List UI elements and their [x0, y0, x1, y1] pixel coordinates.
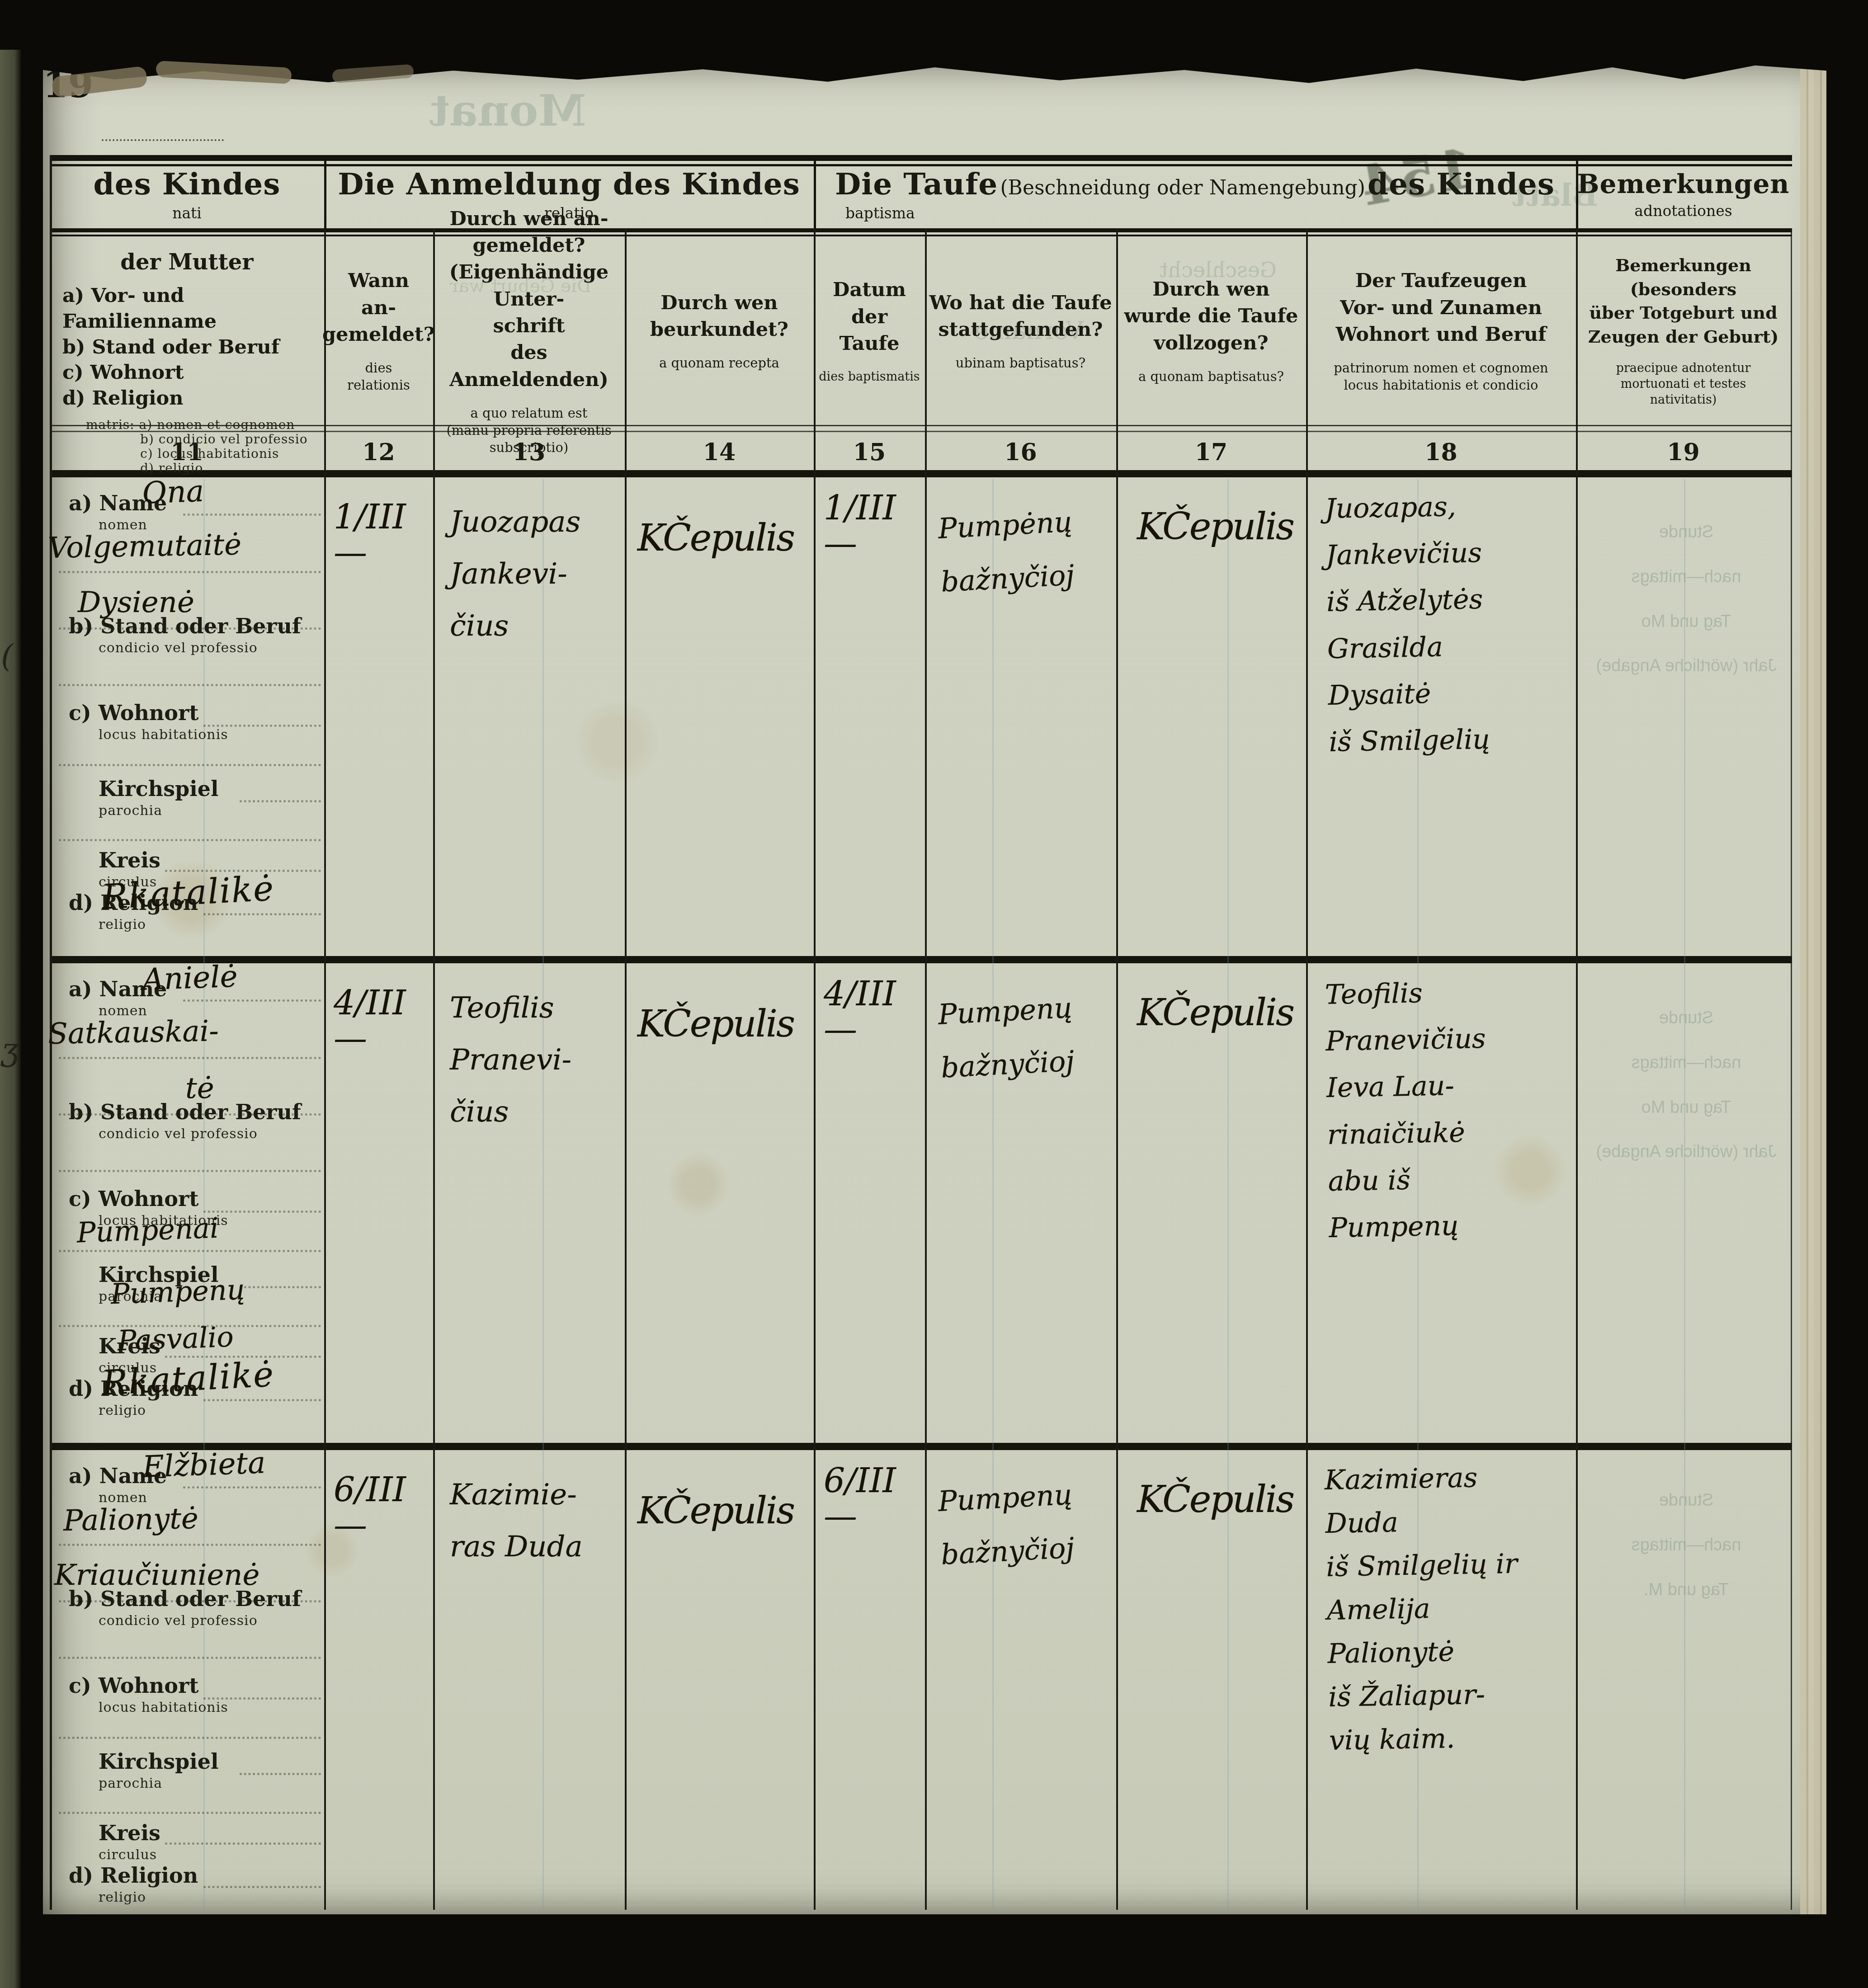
- group-header-bemerkungen: Bemerkungen adnotationes: [1576, 160, 1791, 228]
- entry-mother-kirchspiel: Pumpenų: [110, 1273, 245, 1310]
- dotted-rule: [59, 1657, 321, 1659]
- entry-witnesses: KazimierasDudaiš Smilgelių irAmelijaPali…: [1324, 1454, 1587, 1762]
- group-header-taufe: Die Taufe (Beschneidung oder Namengebung…: [814, 160, 1576, 228]
- facing-page-edge: ( ʒ: [0, 50, 21, 1988]
- entry-mother-name: Kriaučiunienė: [54, 1559, 259, 1592]
- field-label-stand: b) Stand oder Beruf: [69, 1100, 301, 1124]
- dotted-rule: [240, 800, 321, 802]
- entry-report-date: 1/III—: [334, 500, 435, 570]
- field-label-kirchspiel: Kirchspiel: [99, 777, 218, 801]
- column-header-wo-taufe: Wo hat die Taufestattgefunden? ubinam ba…: [925, 236, 1116, 426]
- entry-reporter: JuozapasJankevi-čius: [450, 496, 637, 653]
- entry-reporter: Kazimie-ras Duda: [450, 1469, 637, 1573]
- field-label-religio: religio: [99, 1403, 146, 1418]
- dotted-rule: [203, 1399, 321, 1401]
- column-number-14: 14: [625, 435, 814, 469]
- field-label-locus: locus habitationis: [99, 1700, 228, 1715]
- record-row: a) Name nomen b) Stand oder Beruf condic…: [50, 478, 1792, 956]
- column-number-15: 15: [814, 435, 925, 469]
- bleedthrough-remarks: Stundenach—mittagsTag und MoJahr (wörtli…: [1589, 996, 1783, 1174]
- register-page: Monat Blatt 154 Die Geburt war Vorname G…: [43, 63, 1826, 1914]
- entry-reporter: TeofilisPranevi-čius: [450, 982, 637, 1139]
- column-header-taufzeugen: Der TaufzeugenVor- und ZunamenWohnort un…: [1306, 236, 1576, 426]
- entry-mother-name: Dysienė: [78, 586, 194, 619]
- entry-mother-name: Volgemutaitė: [47, 526, 355, 565]
- field-label-parochia: parochia: [99, 803, 162, 819]
- dotted-rule: [203, 1886, 321, 1888]
- column-number-12: 12: [324, 435, 433, 469]
- page-stack-edge: [1800, 63, 1826, 1914]
- entry-mother-name: Elžbieta: [142, 1445, 266, 1484]
- dotted-rule: [183, 999, 321, 1002]
- rule: [50, 228, 1792, 232]
- field-label-locus: locus habitationis: [99, 727, 228, 743]
- entry-baptism-place: Pumpenųbažnyčioj: [937, 1465, 1130, 1581]
- field-label-circulus: circulus: [99, 1847, 157, 1863]
- dotted-rule: [240, 1286, 321, 1288]
- column-header-bemerkungen: Bemerkungen(besondersüber Totgeburt undZ…: [1576, 236, 1791, 426]
- field-label-condicio: condicio vel professio: [99, 640, 258, 656]
- record-row: a) Name nomen b) Stand oder Beruf condic…: [50, 964, 1792, 1443]
- entry-mother-name: tė: [185, 1072, 214, 1105]
- dotted-rule: [59, 764, 321, 766]
- dotted-rule: [59, 1600, 321, 1602]
- bleedthrough-remarks: Stundenach—mittagsTag und MoJahr (wörtli…: [1589, 510, 1783, 688]
- dotted-rule: [240, 1773, 321, 1775]
- field-label-wohnort: c) Wohnort: [69, 1673, 198, 1698]
- column-header-wann-angemeldet: Wannan-gemeldet? diesrelationis: [324, 236, 433, 426]
- dotted-rule: [165, 1842, 321, 1845]
- column-header-datum-der-taufe: DatumderTaufe dies baptismatis: [814, 236, 925, 426]
- column-header-durch-wen-vollzogen: Durch wenwurde die Taufevollzogen? a quo…: [1116, 236, 1306, 426]
- dotted-rule: [59, 1113, 321, 1116]
- field-label-condicio: condicio vel professio: [99, 1613, 258, 1629]
- scanned-register-page: { "colors":{"paper":"#cfd2c1","print_ink…: [0, 0, 1868, 1988]
- entry-baptism-place: Pumpėnųbažnyčioj: [937, 492, 1130, 608]
- dotted-rule: [59, 1057, 321, 1059]
- dotted-rule: [59, 1737, 321, 1739]
- entry-mother-name: Anielė: [142, 959, 238, 997]
- column-number-19: 19: [1576, 435, 1791, 469]
- entry-mother-religion: Rkatalikė: [101, 868, 275, 917]
- group-header-child: des Kindes nati: [50, 160, 324, 228]
- field-label-condicio: condicio vel professio: [99, 1126, 258, 1142]
- dotted-rule: [59, 1170, 321, 1172]
- field-label-kreis: Kreis: [99, 1821, 160, 1845]
- entry-report-date: 6/III—: [334, 1473, 435, 1543]
- entry-recorder-signature: KČepulis: [637, 517, 794, 560]
- dotted-rule: [203, 1697, 321, 1700]
- entry-mother-name: Palionytė: [63, 1499, 371, 1538]
- field-label-wohnort: c) Wohnort: [69, 701, 198, 725]
- column-number-11: 11: [50, 435, 324, 469]
- column-header-mutter: der Mutter a) Vor- und Familiennameb) St…: [50, 236, 324, 426]
- entry-mother-name: Satkauskai-: [47, 1012, 355, 1051]
- field-label-kirchspiel: Kirchspiel: [99, 1749, 218, 1774]
- entry-baptizer-signature: KČepulis: [1137, 1478, 1293, 1521]
- dotted-rule: [59, 627, 321, 630]
- column-number-18: 18: [1306, 435, 1576, 469]
- field-label-religio: religio: [99, 917, 146, 933]
- dotted-rule: [59, 1250, 321, 1252]
- margin-mark: ʒ: [1, 1031, 19, 1068]
- entry-baptizer-signature: KČepulis: [1137, 991, 1293, 1034]
- field-label-parochia: parochia: [99, 1776, 162, 1791]
- dotted-rule: [183, 1486, 321, 1489]
- entry-witnesses: TeofilisPranevičiusIeva Lau-rinaičiukėab…: [1325, 967, 1587, 1252]
- dotted-rule: [183, 513, 321, 516]
- entry-mother-kreis: Pasvalio: [117, 1320, 234, 1357]
- entry-witnesses: Juozapas,Jankevičiusiš AtželytėsGrasilda…: [1325, 481, 1587, 766]
- dotted-rule: [203, 725, 321, 727]
- entry-baptism-place: Pumpenųbažnyčioj: [937, 978, 1130, 1094]
- column-number-13: 13: [433, 435, 625, 469]
- dotted-rule: [59, 839, 321, 841]
- dotted-rule: [102, 139, 224, 141]
- column-header-durch-wen-beurkundet: Durch wenbeurkundet? a quonam recepta: [625, 236, 814, 426]
- entry-recorder-signature: KČepulis: [637, 1489, 794, 1532]
- entry-mother-name: Ona: [142, 474, 205, 511]
- field-label-religio: religio: [99, 1889, 146, 1905]
- entry-baptism-date: 1/III—: [824, 491, 925, 561]
- entry-baptizer-signature: KČepulis: [1137, 505, 1293, 548]
- entry-baptism-date: 6/III—: [824, 1464, 925, 1534]
- bleedthrough-remarks: Stundenach—mittagsTag und M.: [1589, 1478, 1783, 1612]
- column-number-16: 16: [925, 435, 1116, 469]
- dotted-rule: [59, 571, 321, 573]
- dotted-rule: [203, 913, 321, 915]
- field-label-wohnort: c) Wohnort: [69, 1187, 198, 1211]
- dotted-rule: [203, 1211, 321, 1213]
- column-number-17: 17: [1116, 435, 1306, 469]
- bleedthrough-monat: Monat: [429, 85, 586, 136]
- dotted-rule: [59, 1812, 321, 1814]
- entry-baptism-date: 4/III—: [824, 977, 925, 1047]
- dotted-rule: [59, 684, 321, 686]
- dotted-rule: [59, 1544, 321, 1546]
- entry-mother-religion: Rkatalikė: [101, 1354, 275, 1403]
- column-header-durch-wen-angemeldet: Durch wen an-gemeldet?(Eigenhändige Unte…: [433, 236, 625, 426]
- entry-recorder-signature: KČepulis: [637, 1003, 794, 1046]
- entry-report-date: 4/III—: [334, 986, 435, 1056]
- entry-mother-wohnort: Pumpenai: [76, 1211, 219, 1249]
- record-row: a) Name nomen b) Stand oder Beruf condic…: [50, 1451, 1792, 1914]
- field-label-religion: d) Religion: [69, 1863, 198, 1888]
- margin-mark: (: [1, 637, 13, 674]
- rule: [50, 1443, 1792, 1450]
- rule: [50, 956, 1792, 963]
- field-label-kreis: Kreis: [99, 848, 160, 872]
